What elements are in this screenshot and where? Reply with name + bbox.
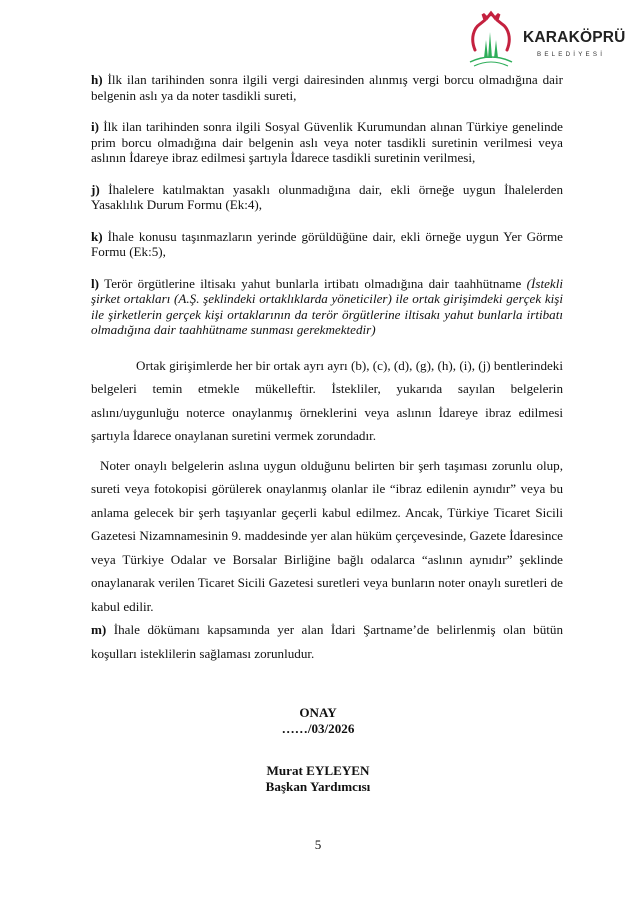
logo-subtitle: BELEDİYESİ (537, 51, 605, 58)
page-number: 5 (0, 837, 636, 853)
approval-title: ONAY (0, 705, 636, 721)
joint-venture-paragraph: Ortak girişimlerde her bir ortak ayrı ay… (91, 354, 563, 448)
item-label: i) (91, 119, 99, 134)
item-text: İlk ilan tarihinden sonra ilgili vergi d… (91, 72, 563, 103)
item-label: k) (91, 229, 103, 244)
item-text: İhalelere katılmaktan yasaklı olunmadığı… (91, 182, 563, 213)
item-h: h) İlk ilan tarihinden sonra ilgili verg… (91, 72, 563, 103)
item-j: j) İhalelere katılmaktan yasaklı olunmad… (91, 182, 563, 213)
notary-paragraph: Noter onaylı belgelerin aslına uygun old… (91, 454, 563, 619)
approval-block: ONAY ……/03/2026 (0, 705, 636, 737)
karakopru-emblem-icon (466, 10, 516, 70)
signatory-name: Murat EYLEYEN (0, 763, 636, 779)
item-k: k) İhale konusu taşınmazların yerinde gö… (91, 229, 563, 260)
signatory-position: Başkan Yardımcısı (0, 779, 636, 795)
item-label: j) (91, 182, 100, 197)
item-text: İhale konusu taşınmazların yerinde görül… (91, 229, 563, 260)
item-label: h) (91, 72, 103, 87)
item-label: m) (91, 622, 106, 637)
item-m: m) İhale dökümanı kapsamında yer alan İd… (91, 618, 563, 665)
municipality-logo: KARAKÖPRÜ BELEDİYESİ (466, 10, 626, 72)
document-body: h) İlk ilan tarihinden sonra ilgili verg… (91, 72, 563, 665)
item-label: l) (91, 276, 99, 291)
logo-title: KARAKÖPRÜ (523, 29, 626, 47)
item-text: Terör örgütlerine iltisakı yahut bunlarl… (99, 276, 527, 291)
item-text: İhale dökümanı kapsamında yer alan İdari… (91, 622, 563, 661)
item-text: İlk ilan tarihinden sonra ilgili Sosyal … (91, 119, 563, 165)
signatory-block: Murat EYLEYEN Başkan Yardımcısı (0, 763, 636, 795)
approval-date: ……/03/2026 (0, 721, 636, 737)
item-l: l) Terör örgütlerine iltisakı yahut bunl… (91, 276, 563, 338)
item-i: i) İlk ilan tarihinden sonra ilgili Sosy… (91, 119, 563, 166)
